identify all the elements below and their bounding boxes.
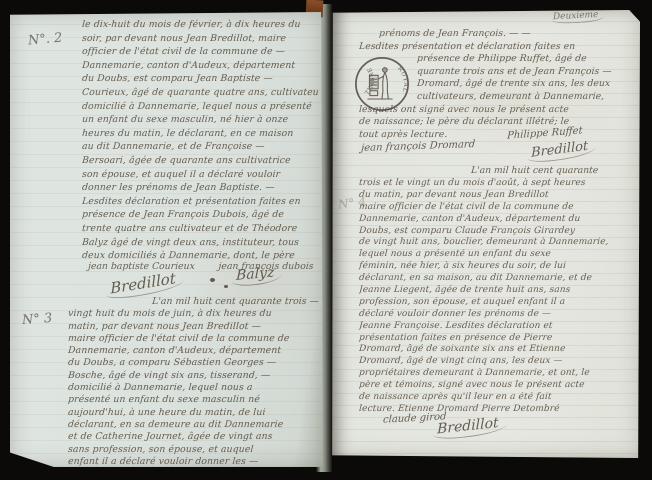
handwriting-line: féminin, née hier, à six heures du soir,… <box>359 261 635 273</box>
handwriting-line: Dannemarie, canton d'Audeux, département <box>82 59 319 73</box>
handwriting-line: vingt huit du mois de juin, à dix heures… <box>68 308 319 320</box>
handwriting-line: présentation faites en présence de Pierr… <box>359 333 635 345</box>
signature-witness: Balyz <box>232 264 283 287</box>
handwriting-line: présence de Philippe Ruffet, âgé de <box>417 53 636 66</box>
handwriting-line: déclarant, en sa maison, au dit Dannemar… <box>359 273 635 285</box>
page-corner-note: Deuxieme <box>551 10 605 25</box>
handwriting-line: Lesdites présentation et déclaration fai… <box>359 41 636 54</box>
handwriting-line: Dromard, âgé de soixante six ans et Etie… <box>359 344 635 356</box>
register-page-right: Deuxieme prénoms de Jean François. — —Le… <box>331 10 640 458</box>
handwriting-line: Jeanne Liegent, âgée de trente huit ans,… <box>359 285 635 297</box>
handwriting-line: le dix-huit du mois de février, à dix he… <box>82 18 319 32</box>
handwriting-line: officier de l'état civil de la commune d… <box>82 45 319 59</box>
act-4-text: L'an mil huit cent quarante trois et le … <box>359 164 634 416</box>
act-number-note-3: N° 3 <box>22 311 53 328</box>
handwriting-line: du Doubs, a comparu Sébastien Georges — <box>68 357 319 369</box>
act-4-body: trois et le vingt un du mois d'août, à s… <box>359 178 634 416</box>
act-3-opening-line: L'an mil huit cent quarante trois — <box>152 296 319 308</box>
handwriting-line: Doubs, est comparu Claude François Girar… <box>359 226 635 238</box>
svg-text:ROYAL: ROYAL <box>396 66 408 93</box>
handwriting-line: domicilié à Dannemarie, lequel nous a <box>68 382 319 394</box>
handwriting-line: aujourd'hui, à une heure du matin, de lu… <box>68 407 319 419</box>
handwriting-line: enfant il a déclaré vouloir donner les — <box>68 456 319 468</box>
handwriting-line: prénoms de Jean François. — — <box>379 28 636 41</box>
handwriting-line: déclarant, en sa demeure au dit Dannemar… <box>68 419 319 431</box>
handwriting-line: présenté un enfant du sexe masculin né <box>68 394 319 406</box>
handwriting-line: de naissance après qu'il leur en a été f… <box>359 392 635 404</box>
ink-blot <box>210 278 215 282</box>
handwriting-line: du matin, par devant nous Jean Bredillot <box>359 190 635 202</box>
act-2-text: le dix-huit du mois de février, à dix he… <box>82 18 318 263</box>
handwriting-line: domicilié à Dannemarie, lequel nous a pr… <box>82 100 319 114</box>
handwriting-line: propriétaires demeurant à Dannemarie, et… <box>359 368 635 380</box>
handwriting-line: son épouse, et auquel il a déclaré voulo… <box>82 168 319 182</box>
handwriting-line: du Doubs, est comparu Jean Baptiste — <box>82 72 319 86</box>
handwriting-line: Dannemarie, canton d'Audeux, département <box>68 345 319 357</box>
handwriting-line: matin, par devant nous Jean Bredillot — <box>68 321 319 333</box>
handwriting-line: Bosche, âgé de vingt six ans, tisserand,… <box>68 370 319 382</box>
handwriting-line: Balyz âgé de vingt deux ans, instituteur… <box>82 236 319 250</box>
handwriting-line: maire officier de l'état civil de la com… <box>68 333 319 345</box>
act-number-note-2: N°. 2 <box>27 31 63 49</box>
handwriting-line: lequel nous a présenté un enfant du sexe <box>359 249 635 261</box>
signature-mayor-2: Bredillot <box>527 138 596 165</box>
handwriting-line: profession, son épouse, et auquel enfant… <box>359 297 635 309</box>
handwriting-line: heures du matin, le déclarant, en ce mai… <box>82 127 319 141</box>
handwriting-line: de vingt huit ans, bouclier, demeurant à… <box>359 237 635 249</box>
handwriting-line: Lesdites déclaration et présentation fai… <box>82 195 319 209</box>
handwriting-line: de naissance; le père du déclarant illét… <box>359 116 636 129</box>
act-4-opening-line: L'an mil huit cent quarante <box>471 164 635 178</box>
timbre-royal-stamp: TIMBRE ROYAL <box>353 55 411 113</box>
handwriting-line: Bersoari, âgée de quarante ans cultivatr… <box>82 154 319 168</box>
handwriting-line: un enfant du sexe masculin, né hier à on… <box>82 113 319 127</box>
act-3-body: vingt huit du mois de juin, à dix heures… <box>68 308 318 468</box>
handwriting-line: quarante trois ans et de Jean François — <box>417 66 636 79</box>
handwriting-line: père et témoins, signé avec nous le prés… <box>359 380 635 392</box>
handwriting-line: trente quatre ans cultivateur et de Théo… <box>82 222 319 236</box>
handwriting-line: cultivateurs, demeurant à Dannemarie, <box>417 91 636 104</box>
handwriting-line: Dromard, âgé de vingt cinq ans, les deux… <box>359 356 635 368</box>
handwriting-line: et de Catherine Journet, âgée de vingt a… <box>68 431 319 443</box>
stamp-text-right: ROYAL <box>396 66 408 93</box>
act-3-text: L'an mil huit cent quarante trois — ving… <box>68 296 318 468</box>
scanned-register-spread: N°. 2 le dix-huit du mois de février, à … <box>0 0 652 480</box>
handwriting-line: sans profession, son épouse, et auquel <box>68 444 319 456</box>
handwriting-line: trois et le vingt un du mois d'août, à s… <box>359 178 635 190</box>
handwriting-line: soir, par devant nous Jean Bredillot, ma… <box>82 32 319 46</box>
handwriting-line: maire officier de l'état civil de la com… <box>359 202 635 214</box>
register-page-left: N°. 2 le dix-huit du mois de février, à … <box>10 12 323 467</box>
handwriting-line: Dromard, âgé de trente six ans, les deux <box>417 78 636 91</box>
ink-blot <box>224 285 228 288</box>
handwriting-line: donner les prénoms de Jean Baptiste. — <box>82 181 319 195</box>
handwriting-line: Jeanne Françoise. Lesdites déclaration e… <box>359 321 635 333</box>
handwriting-line: présence de Jean François Dubois, âgé de <box>82 208 319 222</box>
handwriting-line: déclaré vouloir donner les prénoms de — <box>359 309 635 321</box>
stamp-ring <box>356 58 408 110</box>
handwriting-line: Dannemarie, canton d'Audeux, département… <box>359 214 635 226</box>
handwriting-line: au dit Dannemarie, et de Françoise — <box>82 140 319 154</box>
handwriting-line: Courieux, âgé de quarante quatre ans, cu… <box>82 86 319 100</box>
